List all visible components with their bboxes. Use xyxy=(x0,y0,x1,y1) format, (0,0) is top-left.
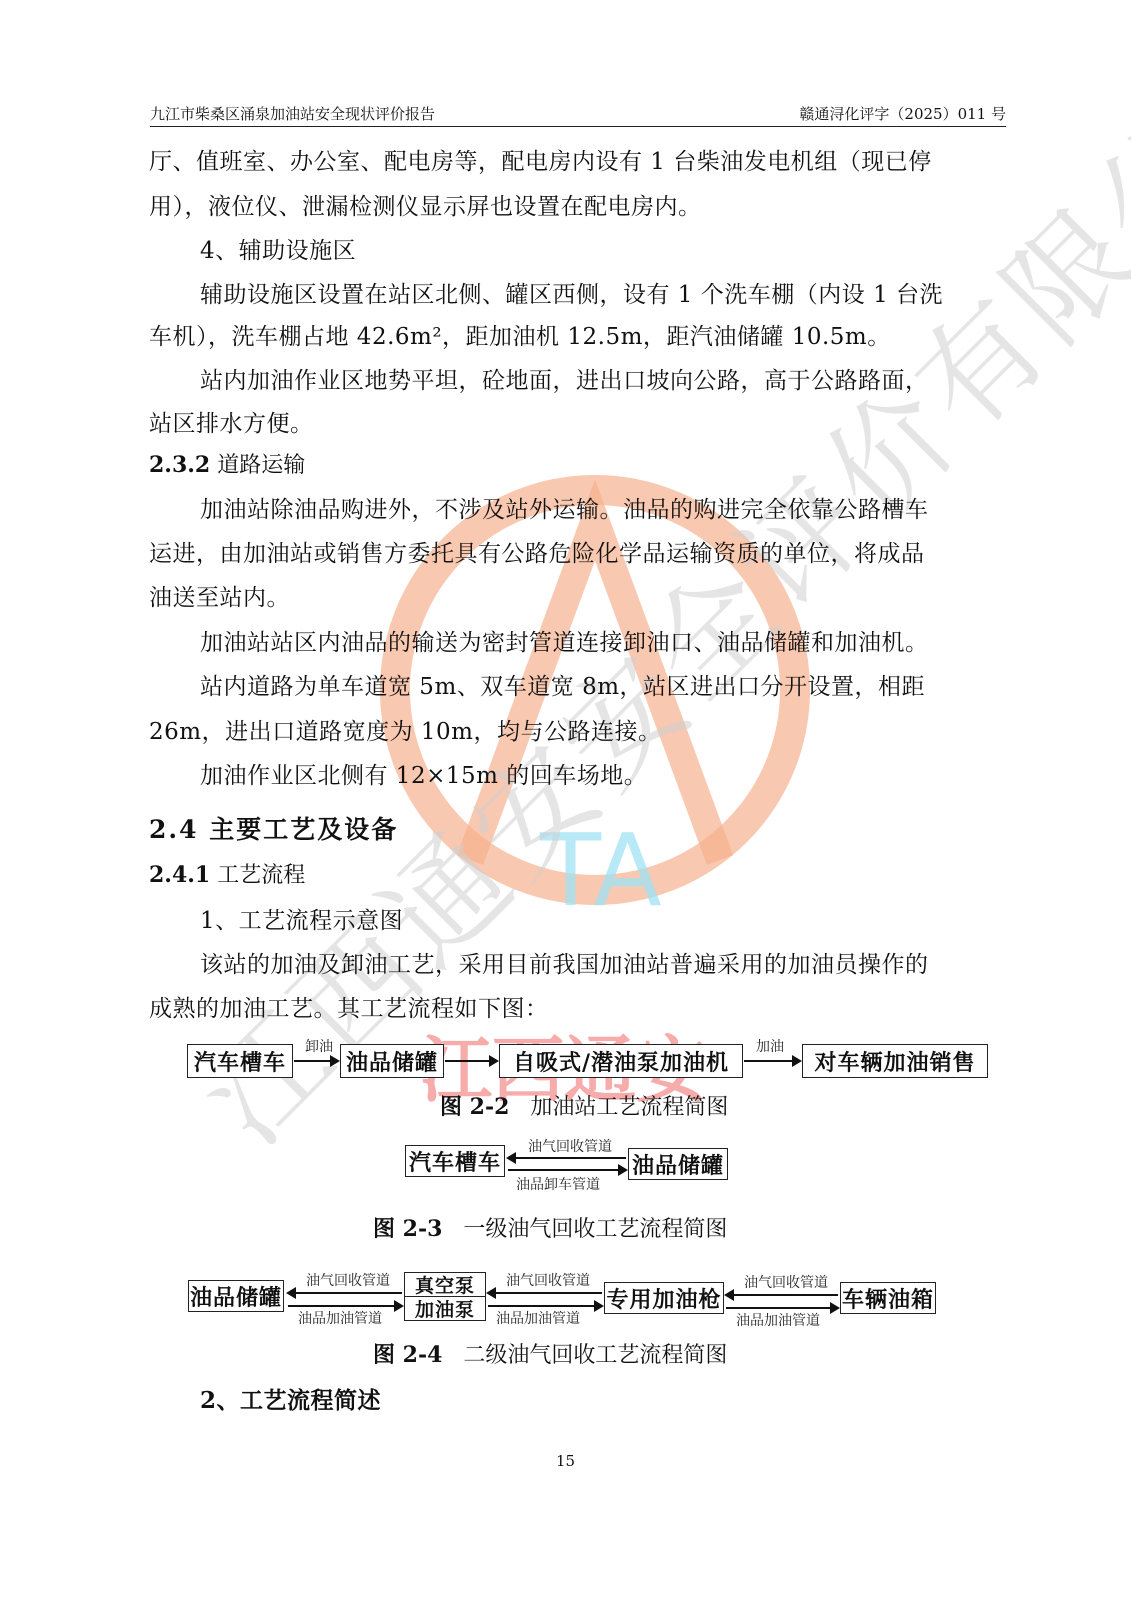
caption-text: 一级油气回收工艺流程简图 xyxy=(463,1217,727,1242)
section-heading-2-4: 2.4 主要工艺及设备 xyxy=(149,810,398,846)
arrow-right-icon xyxy=(288,1305,402,1307)
paragraph-line: 运进，由加油站或销售方委托具有公路危险化学品运输资质的单位，将成品 xyxy=(149,535,925,568)
paragraph-line: 26m，进出口道路宽度为 10m，均与公路连接。 xyxy=(149,713,661,746)
page-header: 九江市柴桑区涌泉加油站安全现状评价报告 赣通浔化评字（2025）011 号 xyxy=(150,98,1006,127)
paragraph-line: 车机），洗车棚占地 42.6m²，距加油机 12.5m，距汽油储罐 10.5m。 xyxy=(149,318,891,351)
caption-number: 图 2-3 xyxy=(373,1216,442,1242)
arrow-left-icon xyxy=(288,1292,402,1294)
paragraph-line: 站内道路为单车道宽 5m、双车道宽 8m，站区进出口分开设置，相距 xyxy=(200,668,925,701)
paragraph-line: 辅助设施区设置在站区北侧、罐区西侧，设有 1 个洗车棚（内设 1 台洗 xyxy=(200,276,943,309)
flow-box-tanker-truck: 汽车槽车 xyxy=(187,1044,293,1078)
document-page: 九江市柴桑区涌泉加油站安全现状评价报告 赣通浔化评字（2025）011 号 厅、… xyxy=(0,0,1131,1600)
list-item-heading: 4、辅助设施区 xyxy=(200,232,356,265)
flow-box-vehicle-sales: 对车辆加油销售 xyxy=(802,1044,988,1078)
arrow-right-icon xyxy=(726,1307,838,1309)
flow-label-fuel-pipe: 油品加油管道 xyxy=(298,1308,382,1328)
page-number: 15 xyxy=(0,1452,1131,1470)
figure-2-4-caption: 图 2-4 二级油气回收工艺流程简图 xyxy=(373,1338,727,1369)
arrow-left-icon xyxy=(488,1292,602,1294)
arrow-right-icon xyxy=(508,1169,626,1171)
arrow-right-icon xyxy=(488,1305,602,1307)
arrow-right-icon xyxy=(744,1060,800,1062)
arrow-right-icon xyxy=(445,1060,497,1062)
arrow-left-icon xyxy=(726,1294,838,1296)
section-heading-2-3-2: 2.3.2 道路运输 xyxy=(149,448,305,479)
section-number: 2.4.1 xyxy=(149,862,210,888)
section-title: 工艺流程 xyxy=(210,863,305,888)
flow-box-vacuum-pump: 真空泵 xyxy=(404,1272,486,1297)
caption-text: 二级油气回收工艺流程简图 xyxy=(463,1343,727,1368)
header-report-title: 九江市柴桑区涌泉加油站安全现状评价报告 xyxy=(150,103,435,124)
figure-2-3-caption: 图 2-3 一级油气回收工艺流程简图 xyxy=(373,1212,727,1243)
flow-label-fuel-pipe: 油品加油管道 xyxy=(496,1308,580,1328)
flow-box-tanker-truck: 汽车槽车 xyxy=(405,1145,505,1177)
flow-box-storage-tank: 油品储罐 xyxy=(188,1280,284,1312)
section-number: 2.3.2 xyxy=(149,452,210,478)
paragraph-line: 油送至站内。 xyxy=(149,579,290,612)
paragraph-line: 成熟的加油工艺。其工艺流程如下图： xyxy=(149,990,549,1023)
flow-box-storage-tank: 油品储罐 xyxy=(340,1044,444,1078)
flow-label-unload-pipe: 油品卸车管道 xyxy=(516,1174,600,1194)
flow-label-vapor-recovery: 油气回收管道 xyxy=(506,1270,590,1290)
flow-box-fuel-pump: 加油泵 xyxy=(404,1296,486,1321)
flow-label-vapor-recovery: 油气回收管道 xyxy=(306,1270,390,1290)
flow-box-vehicle-tank: 车辆油箱 xyxy=(840,1282,936,1314)
paragraph-line: 厅、值班室、办公室、配电房等，配电房内设有 1 台柴油发电机组（现已停 xyxy=(149,143,932,176)
caption-text: 加油站工艺流程简图 xyxy=(530,1095,728,1120)
paragraph-line: 加油站站区内油品的输送为密封管道连接卸油口、油品储罐和加油机。 xyxy=(200,624,929,657)
caption-number: 图 2-2 xyxy=(440,1094,509,1120)
header-report-number: 赣通浔化评字（2025）011 号 xyxy=(799,103,1006,124)
flow-label-unload: 卸油 xyxy=(305,1036,333,1056)
arrow-right-icon xyxy=(294,1060,338,1062)
flow-box-nozzle: 专用加油枪 xyxy=(604,1282,724,1314)
list-item-heading: 1、工艺流程示意图 xyxy=(200,902,403,935)
paragraph-line: 加油作业区北侧有 12×15m 的回车场地。 xyxy=(200,757,647,790)
section-heading-2-4-1: 2.4.1 工艺流程 xyxy=(149,858,305,889)
caption-number: 图 2-4 xyxy=(373,1342,442,1368)
paragraph-line: 该站的加油及卸油工艺，采用目前我国加油站普遍采用的加油员操作的 xyxy=(200,946,929,979)
flow-label-vapor-recovery: 油气回收管道 xyxy=(744,1272,828,1292)
flow-box-dispenser: 自吸式/潜油泵加油机 xyxy=(499,1044,743,1078)
flow-label-refuel: 加油 xyxy=(756,1036,784,1056)
flow-label-vapor-recovery: 油气回收管道 xyxy=(528,1136,612,1156)
paragraph-line: 站区排水方便。 xyxy=(149,405,314,438)
paragraph-line: 用），液位仪、泄漏检测仪显示屏也设置在配电房内。 xyxy=(149,188,702,221)
flow-label-fuel-pipe: 油品加油管道 xyxy=(736,1310,820,1330)
paragraph-line: 加油站除油品购进外，不涉及站外运输。油品的购进完全依靠公路槽车 xyxy=(200,491,929,524)
list-item-heading: 2、工艺流程简述 xyxy=(200,1382,381,1415)
figure-2-2-caption: 图 2-2 加油站工艺流程简图 xyxy=(440,1090,728,1121)
paragraph-line: 站内加油作业区地势平坦，砼地面，进出口坡向公路，高于公路路面， xyxy=(200,362,929,395)
arrow-left-icon xyxy=(508,1157,626,1159)
flow-box-storage-tank: 油品储罐 xyxy=(628,1148,728,1180)
section-title: 道路运输 xyxy=(210,453,305,478)
